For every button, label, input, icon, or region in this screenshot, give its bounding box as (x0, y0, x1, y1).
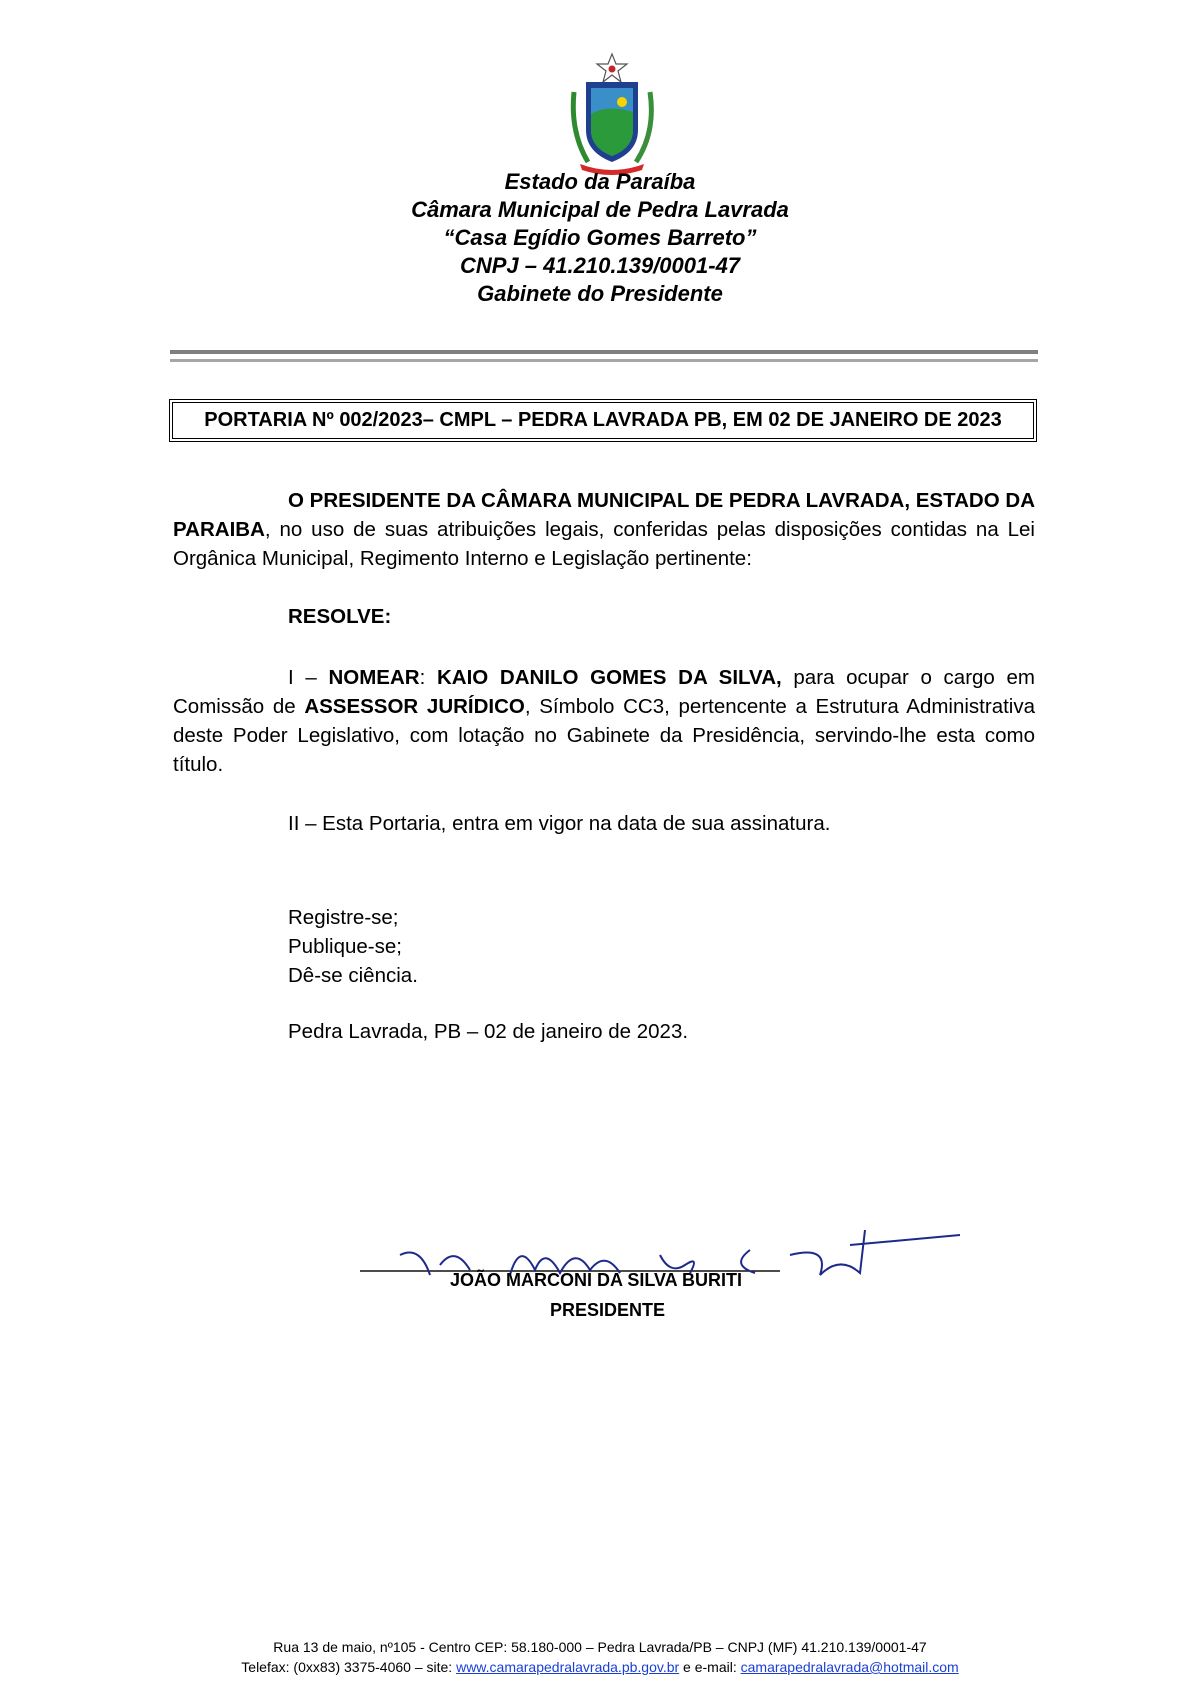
preamble-text: , no uso de suas atribuições legais, con… (173, 518, 1035, 570)
role-title: ASSESSOR JURÍDICO (304, 695, 525, 718)
chamber-name: Câmara Municipal de Pedra Lavrada (0, 196, 1200, 224)
email-link[interactable]: camarapedralavrada@hotmail.com (741, 1659, 959, 1675)
header-divider (170, 350, 1038, 354)
state-name: Estado da Paraíba (0, 168, 1200, 196)
preamble-paragraph: O PRESIDENTE DA CÂMARA MUNICIPAL DE PEDR… (173, 486, 1035, 573)
letterhead: Estado da Paraíba Câmara Municipal de Pe… (0, 168, 1200, 308)
header-divider-secondary (170, 359, 1038, 362)
footer: Rua 13 de maio, nº105 - Centro CEP: 58.1… (0, 1637, 1200, 1677)
office-name: Gabinete do Presidente (0, 280, 1200, 308)
cnpj: CNPJ – 41.210.139/0001-47 (0, 252, 1200, 280)
house-name: “Casa Egídio Gomes Barreto” (0, 224, 1200, 252)
place-date: Pedra Lavrada, PB – 02 de janeiro de 202… (288, 1020, 688, 1044)
signer-role: PRESIDENTE (550, 1300, 665, 1321)
signer-name: JOÃO MARCONI DA SILVA BURITI (450, 1270, 742, 1291)
paraiba-coat-of-arms-icon (558, 52, 666, 180)
site-link[interactable]: www.camarapedralavrada.pb.gov.br (456, 1659, 679, 1675)
article-verb: NOMEAR (328, 666, 419, 689)
footer-address: Rua 13 de maio, nº105 - Centro CEP: 58.1… (0, 1637, 1200, 1657)
closing-item: Dê-se ciência. (288, 961, 418, 990)
closing-item: Registre-se; (288, 903, 418, 932)
article-2: II – Esta Portaria, entra em vigor na da… (288, 812, 830, 836)
appointee-name: KAIO DANILO GOMES DA SILVA, (437, 666, 782, 689)
resolve-heading: RESOLVE: (288, 605, 391, 629)
closing-list: Registre-se; Publique-se; Dê-se ciência. (288, 903, 418, 990)
footer-contact: Telefax: (0xx83) 3375-4060 – site: www.c… (0, 1657, 1200, 1677)
closing-item: Publique-se; (288, 932, 418, 961)
document-title: PORTARIA Nº 002/2023– CMPL – PEDRA LAVRA… (172, 402, 1034, 439)
article-1: I – NOMEAR: KAIO DANILO GOMES DA SILVA, … (173, 663, 1035, 779)
